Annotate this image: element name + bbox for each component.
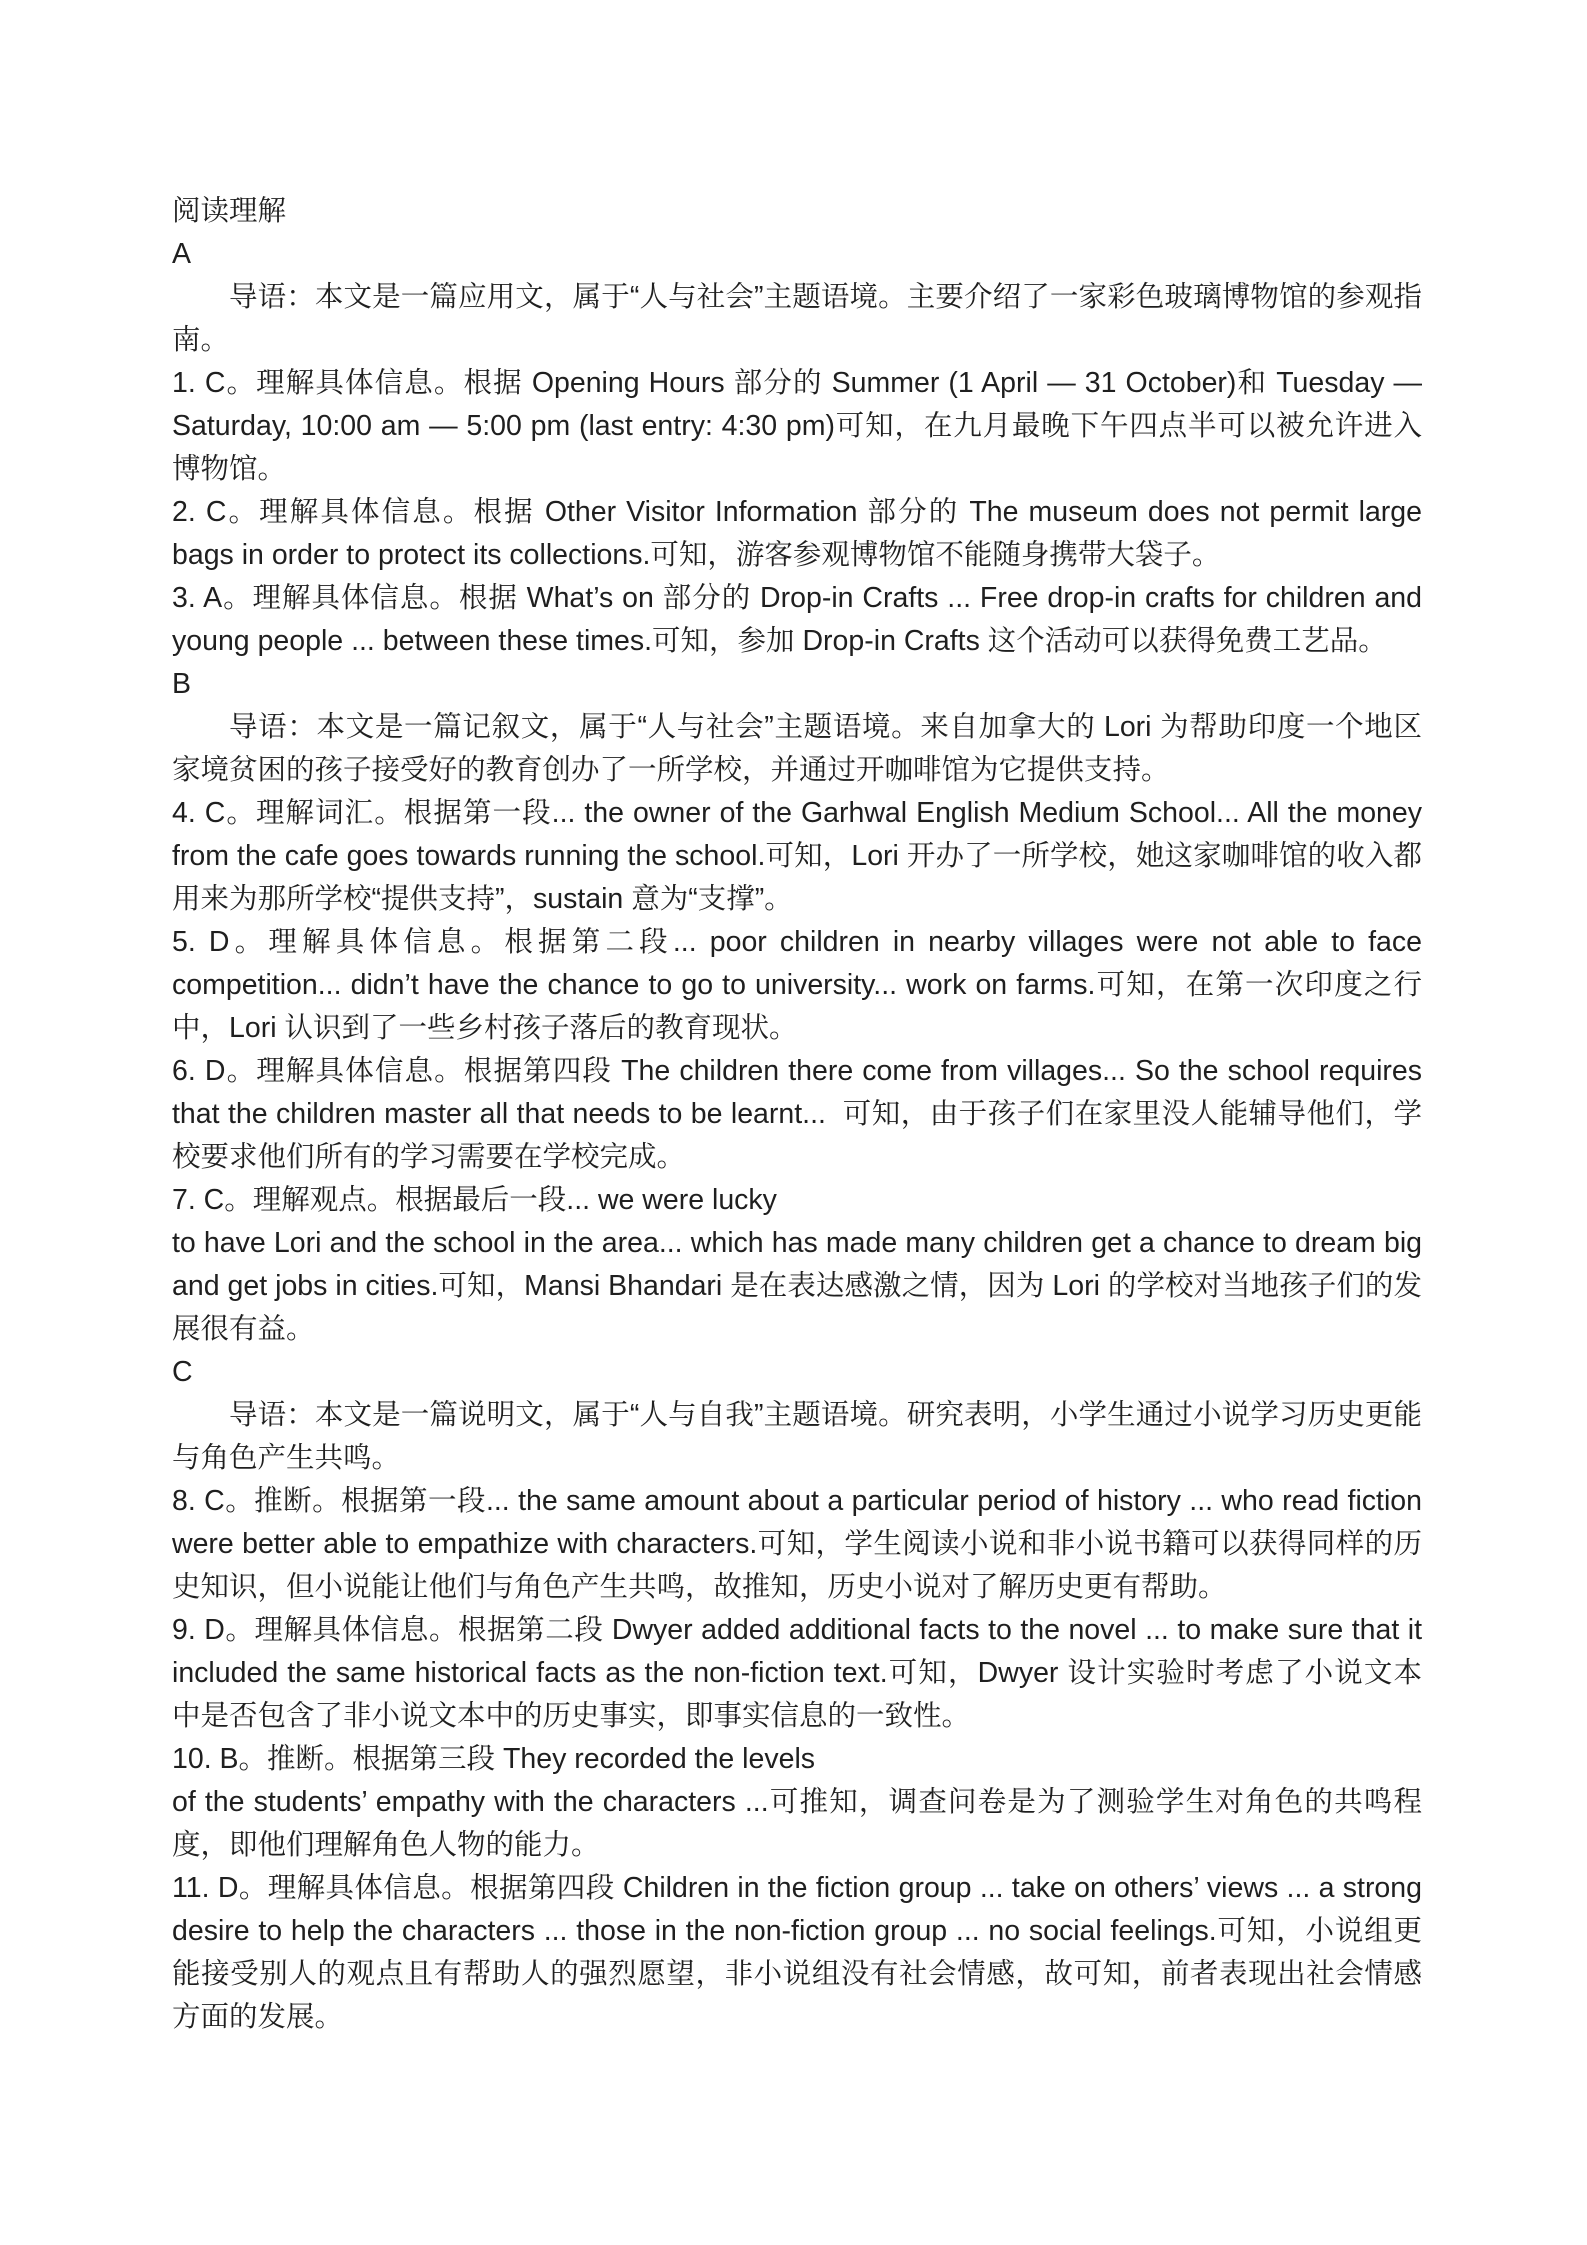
answer-item-8: 8. C。推断。根据第一段... the same amount about a…: [172, 1480, 1422, 1609]
answer-item-7: 7. C。理解观点。根据最后一段... we were lucky to hav…: [172, 1179, 1422, 1351]
answer-item-10: 10. B。推断。根据第三段 They recorded the levels …: [172, 1738, 1422, 1867]
document-title: 阅读理解: [172, 190, 1422, 233]
section-c-label: C: [172, 1351, 1422, 1394]
section-c-intro: 导语：本文是一篇说明文，属于“人与自我”主题语境。研究表明，小学生通过小说学习历…: [172, 1394, 1422, 1480]
answer-item-6: 6. D。理解具体信息。根据第四段 The children there com…: [172, 1050, 1422, 1179]
answer-item-1: 1. C。理解具体信息。根据 Opening Hours 部分的 Summer …: [172, 362, 1422, 491]
answer-item-5: 5. D。理解具体信息。根据第二段... poor children in ne…: [172, 921, 1422, 1050]
section-b-intro: 导语：本文是一篇记叙文，属于“人与社会”主题语境。来自加拿大的 Lori 为帮助…: [172, 706, 1422, 792]
answer-item-11: 11. D。理解具体信息。根据第四段 Children in the ficti…: [172, 1867, 1422, 2039]
section-b-label: B: [172, 663, 1422, 706]
section-a-intro: 导语：本文是一篇应用文，属于“人与社会”主题语境。主要介绍了一家彩色玻璃博物馆的…: [172, 276, 1422, 362]
answer-item-4: 4. C。理解词汇。根据第一段... the owner of the Garh…: [172, 792, 1422, 921]
answer-item-2: 2. C。理解具体信息。根据 Other Visitor Information…: [172, 491, 1422, 577]
answer-item-9: 9. D。理解具体信息。根据第二段 Dwyer added additional…: [172, 1609, 1422, 1738]
section-a-label: A: [172, 233, 1422, 276]
answer-item-3: 3. A。理解具体信息。根据 What’s on 部分的 Drop-in Cra…: [172, 577, 1422, 663]
document-page: 阅读理解 A 导语：本文是一篇应用文，属于“人与社会”主题语境。主要介绍了一家彩…: [0, 0, 1587, 2245]
